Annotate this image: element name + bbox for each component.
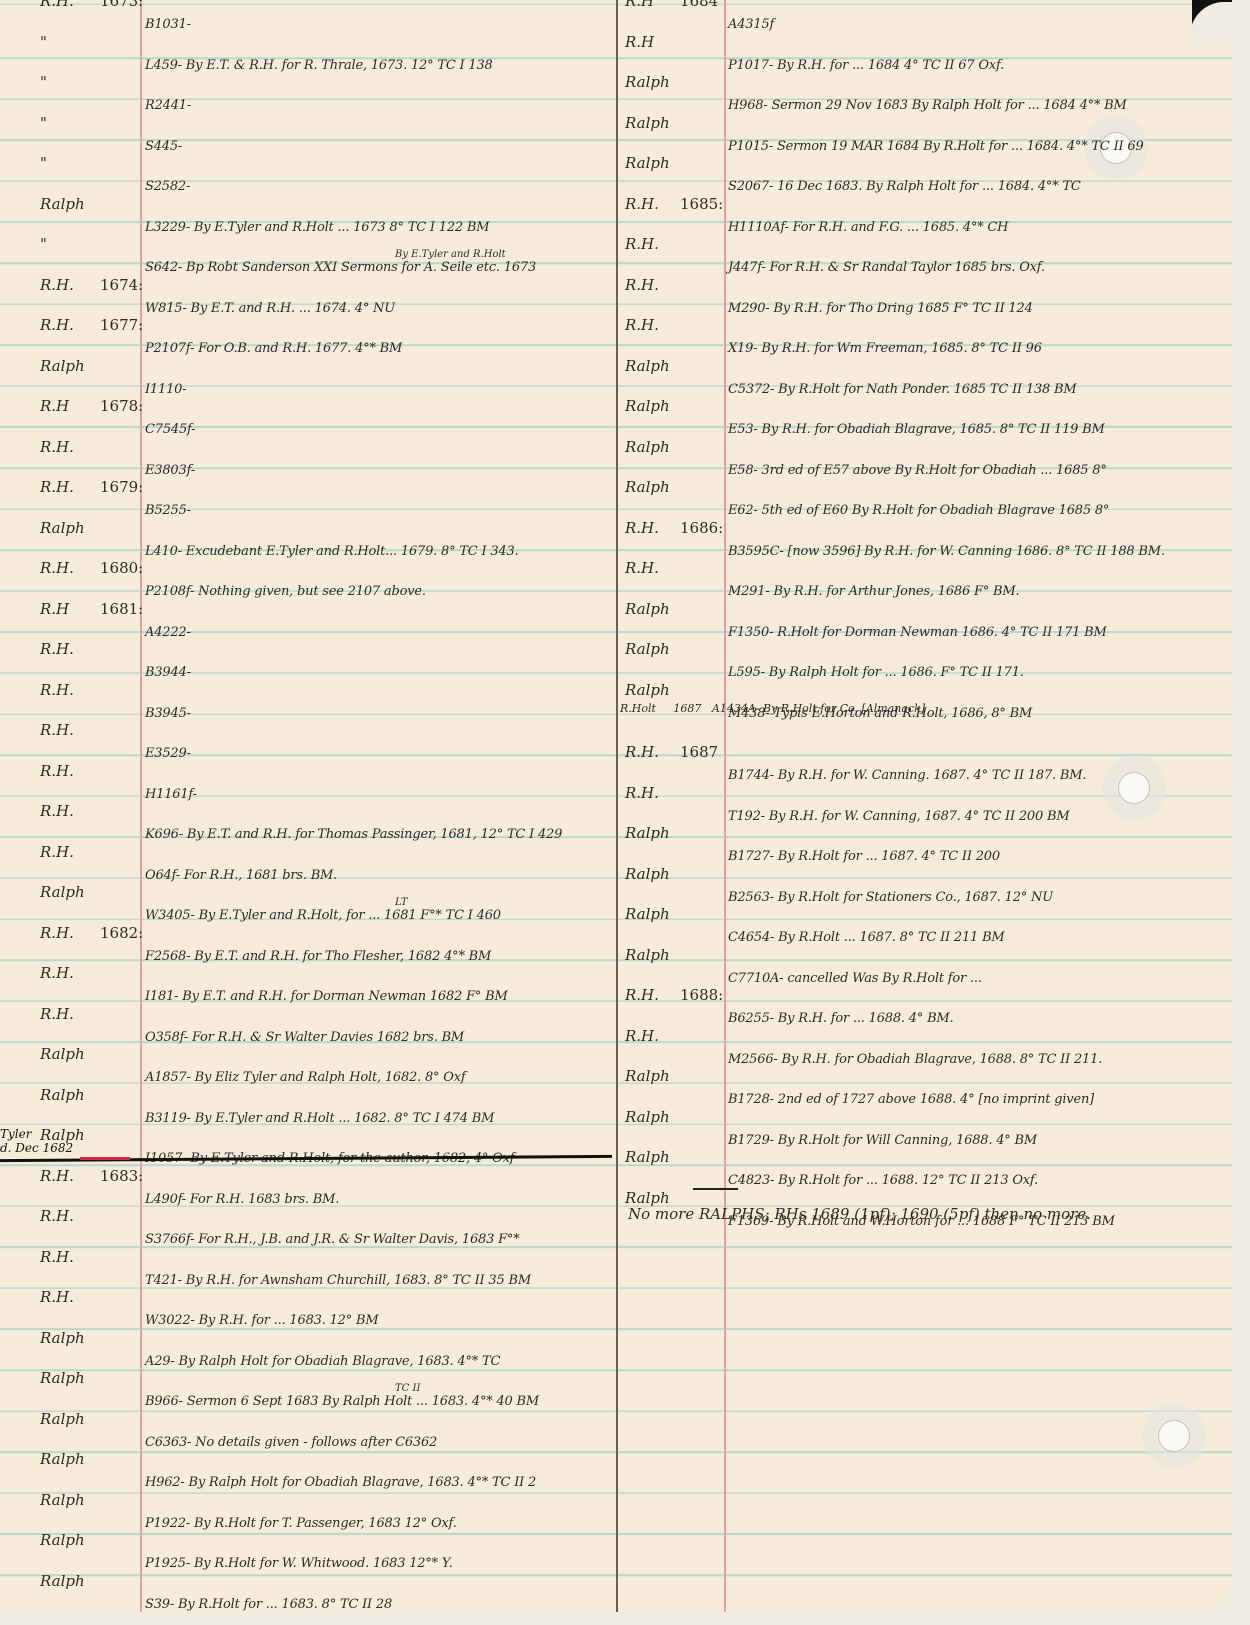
catalogue-entry: B966- Sermon 6 Sept 1683 By Ralph Holt .… [145,1369,539,1409]
catalogue-entry: S2067- 16 Dec 1683. By Ralph Holt for ..… [728,154,1081,194]
entry-annotation: By E.Tyler and R.Holt [395,249,506,260]
entry-year: 1683: [100,1167,143,1207]
entry-annotation: TC II [395,1383,420,1394]
entry-year: 1673: [100,0,143,32]
entry-year: 1682: [100,924,143,964]
catalogue-entry: O64f- For R.H., 1681 brs. BM. [145,843,337,883]
entry-owner: R.H. [40,721,74,761]
entry-owner: Ralph [40,1086,85,1126]
entry-owner: R.H. [40,276,74,316]
catalogue-entry: B3595C- [now 3596] By R.H. for W. Cannin… [728,519,1165,559]
catalogue-entry: S3766f- For R.H., J.B. and J.R. & Sr Wal… [145,1207,520,1247]
catalogue-entry: T192- By R.H. for W. Canning, 1687. 4° T… [728,784,1069,824]
catalogue-entry: B1744- By R.H. for W. Canning. 1687. 4° … [728,743,1086,783]
entry-owner: R.H. [40,681,74,721]
entry-owner: Ralph [40,1450,85,1490]
entry-owner: Ralph [625,114,670,154]
entry-owner: Ralph [40,1491,85,1531]
entry-year: 1679: [100,478,143,518]
entry-owner: R.H. [625,316,659,356]
catalogue-entry: B3944- [145,640,191,680]
tyler-margin-note: Tyler d. Dec 1682 [0,1127,73,1155]
end-underline [693,1188,738,1190]
entry-owner: Ralph [625,946,670,986]
catalogue-entry: P2108f- Nothing given, but see 2107 abov… [145,559,426,599]
catalogue-entry: B1728- 2nd ed of 1727 above 1688. 4° [no… [728,1067,1094,1107]
catalogue-entry: K696- By E.T. and R.H. for Thomas Passin… [145,802,562,842]
catalogue-entry: E53- By R.H. for Obadiah Blagrave, 1685.… [728,397,1105,437]
entry-owner: R.H [40,397,69,437]
entry-owner: Ralph [625,73,670,113]
catalogue-entry: S445- [145,114,182,154]
entry-owner: R.H. [40,559,74,599]
entry-year: 1687 [680,743,718,783]
entry-owner: R.H. [625,784,659,824]
entry-owner: Ralph [625,640,670,680]
catalogue-entry: M291- By R.H. for Arthur Jones, 1686 F° … [728,559,1019,599]
entry-owner: R.H. [40,964,74,1004]
entry-owner: Ralph [40,357,85,397]
catalogue-entry: L490f- For R.H. 1683 brs. BM. [145,1167,339,1207]
entry-owner: Ralph [625,478,670,518]
entry-owner: Ralph [625,154,670,194]
entry-owner: R.H. [40,1207,74,1247]
entry-year: 1674: [100,276,143,316]
entry-owner: R.H. [625,1027,659,1067]
entry-owner: R.H. [40,0,74,32]
entry-annotation: LT [395,897,408,908]
catalogue-entry: M2566- By R.H. for Obadiah Blagrave, 168… [728,1027,1102,1067]
entry-owner: Ralph [625,600,670,640]
catalogue-entry: B1031- [145,0,191,32]
entry-owner: R.H. [40,478,74,518]
entry-owner: R.H. [625,195,659,235]
entry-owner: Ralph [625,357,670,397]
entry-owner: R.H. [625,519,659,559]
catalogue-entry: E3803f- [145,438,195,478]
entry-owner: R.H. [40,843,74,883]
page-corner [1192,0,1232,40]
entry-owner: Ralph [40,519,85,559]
catalogue-entry: A29- By Ralph Holt for Obadiah Blagrave,… [145,1329,500,1369]
catalogue-entry: W815- By E.T. and R.H. ... 1674. 4° NU [145,276,395,316]
entry-owner: R.H. [40,1005,74,1045]
catalogue-entry: H1161f- [145,762,197,802]
catalogue-entry: A1857- By Eliz Tyler and Ralph Holt, 168… [145,1045,466,1085]
catalogue-entry: I1110- [145,357,186,397]
catalogue-entry: E58- 3rd ed of E57 above By R.Holt for O… [728,438,1107,478]
entry-owner: " [40,154,47,194]
entry-year: 1684 [680,0,718,32]
entry-owner: " [40,114,47,154]
entry-year: 1688: [680,986,723,1026]
entry-owner: R.H. [40,924,74,964]
entry-owner: Ralph [625,397,670,437]
punch-hole-middle [1118,772,1150,804]
notebook-page: R.H.1673:B1031-"L459- By E.T. & R.H. for… [0,0,1232,1612]
entry-owner: Ralph [625,438,670,478]
entry-owner: R.H [625,33,654,73]
catalogue-entry: F1350- R.Holt for Dorman Newman 1686. 4°… [728,600,1107,640]
entry-year: 1678: [100,397,143,437]
catalogue-entry: M290- By R.H. for Tho Dring 1685 F° TC I… [728,276,1033,316]
catalogue-entry: F2568- By E.T. and R.H. for Tho Flesher,… [145,924,491,964]
catalogue-entry: L459- By E.T. & R.H. for R. Thrale, 1673… [145,33,493,73]
entry-owner: Ralph [625,905,670,945]
entry-owner: " [40,235,47,275]
catalogue-entry: B3945- [145,681,191,721]
catalogue-entry: C7545f- [145,397,195,437]
catalogue-entry: A4315f [728,0,774,32]
column-divider [616,0,618,1612]
entry-owner: R.H. [40,316,74,356]
entry-owner: R.H. [625,986,659,1026]
catalogue-entry: S2582- [145,154,190,194]
entry-owner: Ralph [40,1329,85,1369]
entry-owner: Ralph [625,824,670,864]
entry-owner: Ralph [40,1045,85,1085]
catalogue-entry: A4222- [145,600,191,640]
entry-year: 1685: [680,195,723,235]
inserted-entry: R.Holt 1687 A1434A- By R.Holt for Co. [A… [620,702,925,715]
punch-hole-bottom [1158,1420,1190,1452]
entry-owner: Ralph [40,1572,85,1612]
entry-owner: " [40,33,47,73]
entry-owner: R.H. [40,438,74,478]
catalogue-entry: L3229- By E.Tyler and R.Holt ... 1673 8°… [145,195,489,235]
catalogue-entry: E3529- [145,721,191,761]
entry-owner: R.H [40,600,69,640]
entry-owner: Ralph [40,883,85,923]
catalogue-entry: B1729- By R.Holt for Will Canning, 1688.… [728,1108,1037,1148]
entry-owner: R.H. [625,559,659,599]
catalogue-entry: P1015- Sermon 19 MAR 1684 By R.Holt for … [728,114,1144,154]
entry-owner: Ralph [625,1067,670,1107]
entry-owner: Ralph [40,1531,85,1571]
entry-owner: R.H. [40,762,74,802]
entry-owner: R.H. [625,276,659,316]
entry-owner: Ralph [625,1108,670,1148]
catalogue-entry: C7710A- cancelled Was By R.Holt for ... [728,946,982,986]
catalogue-entry: P1922- By R.Holt for T. Passenger, 1683 … [145,1491,457,1531]
catalogue-entry: L410- Excudebant E.Tyler and R.Holt... 1… [145,519,518,559]
catalogue-entry: B1727- By R.Holt for ... 1687. 4° TC II … [728,824,1000,864]
entry-owner: R.H. [40,640,74,680]
catalogue-entry: E62- 5th ed of E60 By R.Holt for Obadiah… [728,478,1109,518]
catalogue-entry: H968- Sermon 29 Nov 1683 By Ralph Holt f… [728,73,1127,113]
catalogue-entry: O358f- For R.H. & Sr Walter Davies 1682 … [145,1005,464,1045]
catalogue-entry: P1017- By R.H. for ... 1684 4° TC II 67 … [728,33,1004,73]
entry-owner: R.H. [625,235,659,275]
catalogue-entry: X19- By R.H. for Wm Freeman, 1685. 8° TC… [728,316,1042,356]
catalogue-entry: B6255- By R.H. for ... 1688. 4° BM. [728,986,953,1026]
entry-owner: R.H. [625,743,659,783]
catalogue-entry: B3119- By E.Tyler and R.Holt ... 1682. 8… [145,1086,494,1126]
entry-owner: Ralph [40,1369,85,1409]
entry-year: 1680: [100,559,143,599]
entry-owner: R.H. [40,1248,74,1288]
entry-owner: R.H. [40,1167,74,1207]
catalogue-entry: B5255- [145,478,191,518]
catalogue-entry: P1925- By R.Holt for W. Whitwood. 1683 1… [145,1531,453,1571]
catalogue-entry: W3405- By E.Tyler and R.Holt, for ... 16… [145,883,501,923]
entry-year: 1681: [100,600,143,640]
footer-note: No more RALPHS; RHs 1689 (1pf); 1690 (5p… [628,1205,1091,1223]
catalogue-entry: W3022- By R.H. for ... 1683. 12° BM [145,1288,378,1328]
entry-owner: R.H. [40,1288,74,1328]
entry-owner: Ralph [625,1148,670,1188]
catalogue-entry: C5372- By R.Holt for Nath Ponder. 1685 T… [728,357,1077,397]
catalogue-entry: C4823- By R.Holt for ... 1688. 12° TC II… [728,1148,1038,1188]
right-margin-line [724,0,726,1612]
left-margin-line [140,0,142,1612]
entry-owner: R.H [625,0,654,32]
catalogue-entry: T421- By R.H. for Awnsham Churchill, 168… [145,1248,531,1288]
catalogue-entry: C4654- By R.Holt ... 1687. 8° TC II 211 … [728,905,1005,945]
catalogue-entry: B2563- By R.Holt for Stationers Co., 168… [728,865,1053,905]
catalogue-entry: L595- By Ralph Holt for ... 1686. F° TC … [728,640,1024,680]
entry-owner: Ralph [40,1410,85,1450]
catalogue-entry: P2107f- For O.B. and R.H. 1677. 4°* BM [145,316,402,356]
entry-year: 1686: [680,519,723,559]
entry-year: 1677: [100,316,143,356]
catalogue-entry: S39- By R.Holt for ... 1683. 8° TC II 28 [145,1572,392,1612]
catalogue-entry: R2441- [145,73,191,113]
catalogue-entry: H962- By Ralph Holt for Obadiah Blagrave… [145,1450,536,1490]
catalogue-entry: I181- By E.T. and R.H. for Dorman Newman… [145,964,508,1004]
catalogue-entry: C6363- No details given - follows after … [145,1410,437,1450]
entry-owner: " [40,73,47,113]
catalogue-entry: J447f- For R.H. & Sr Randal Taylor 1685 … [728,235,1045,275]
entry-owner: R.H. [40,802,74,842]
entry-owner: Ralph [625,865,670,905]
catalogue-entry: H1110Af- For R.H. and F.G. ... 1685. 4°*… [728,195,1008,235]
tyler-death-rule-red [80,1157,130,1160]
entry-owner: Ralph [40,195,85,235]
